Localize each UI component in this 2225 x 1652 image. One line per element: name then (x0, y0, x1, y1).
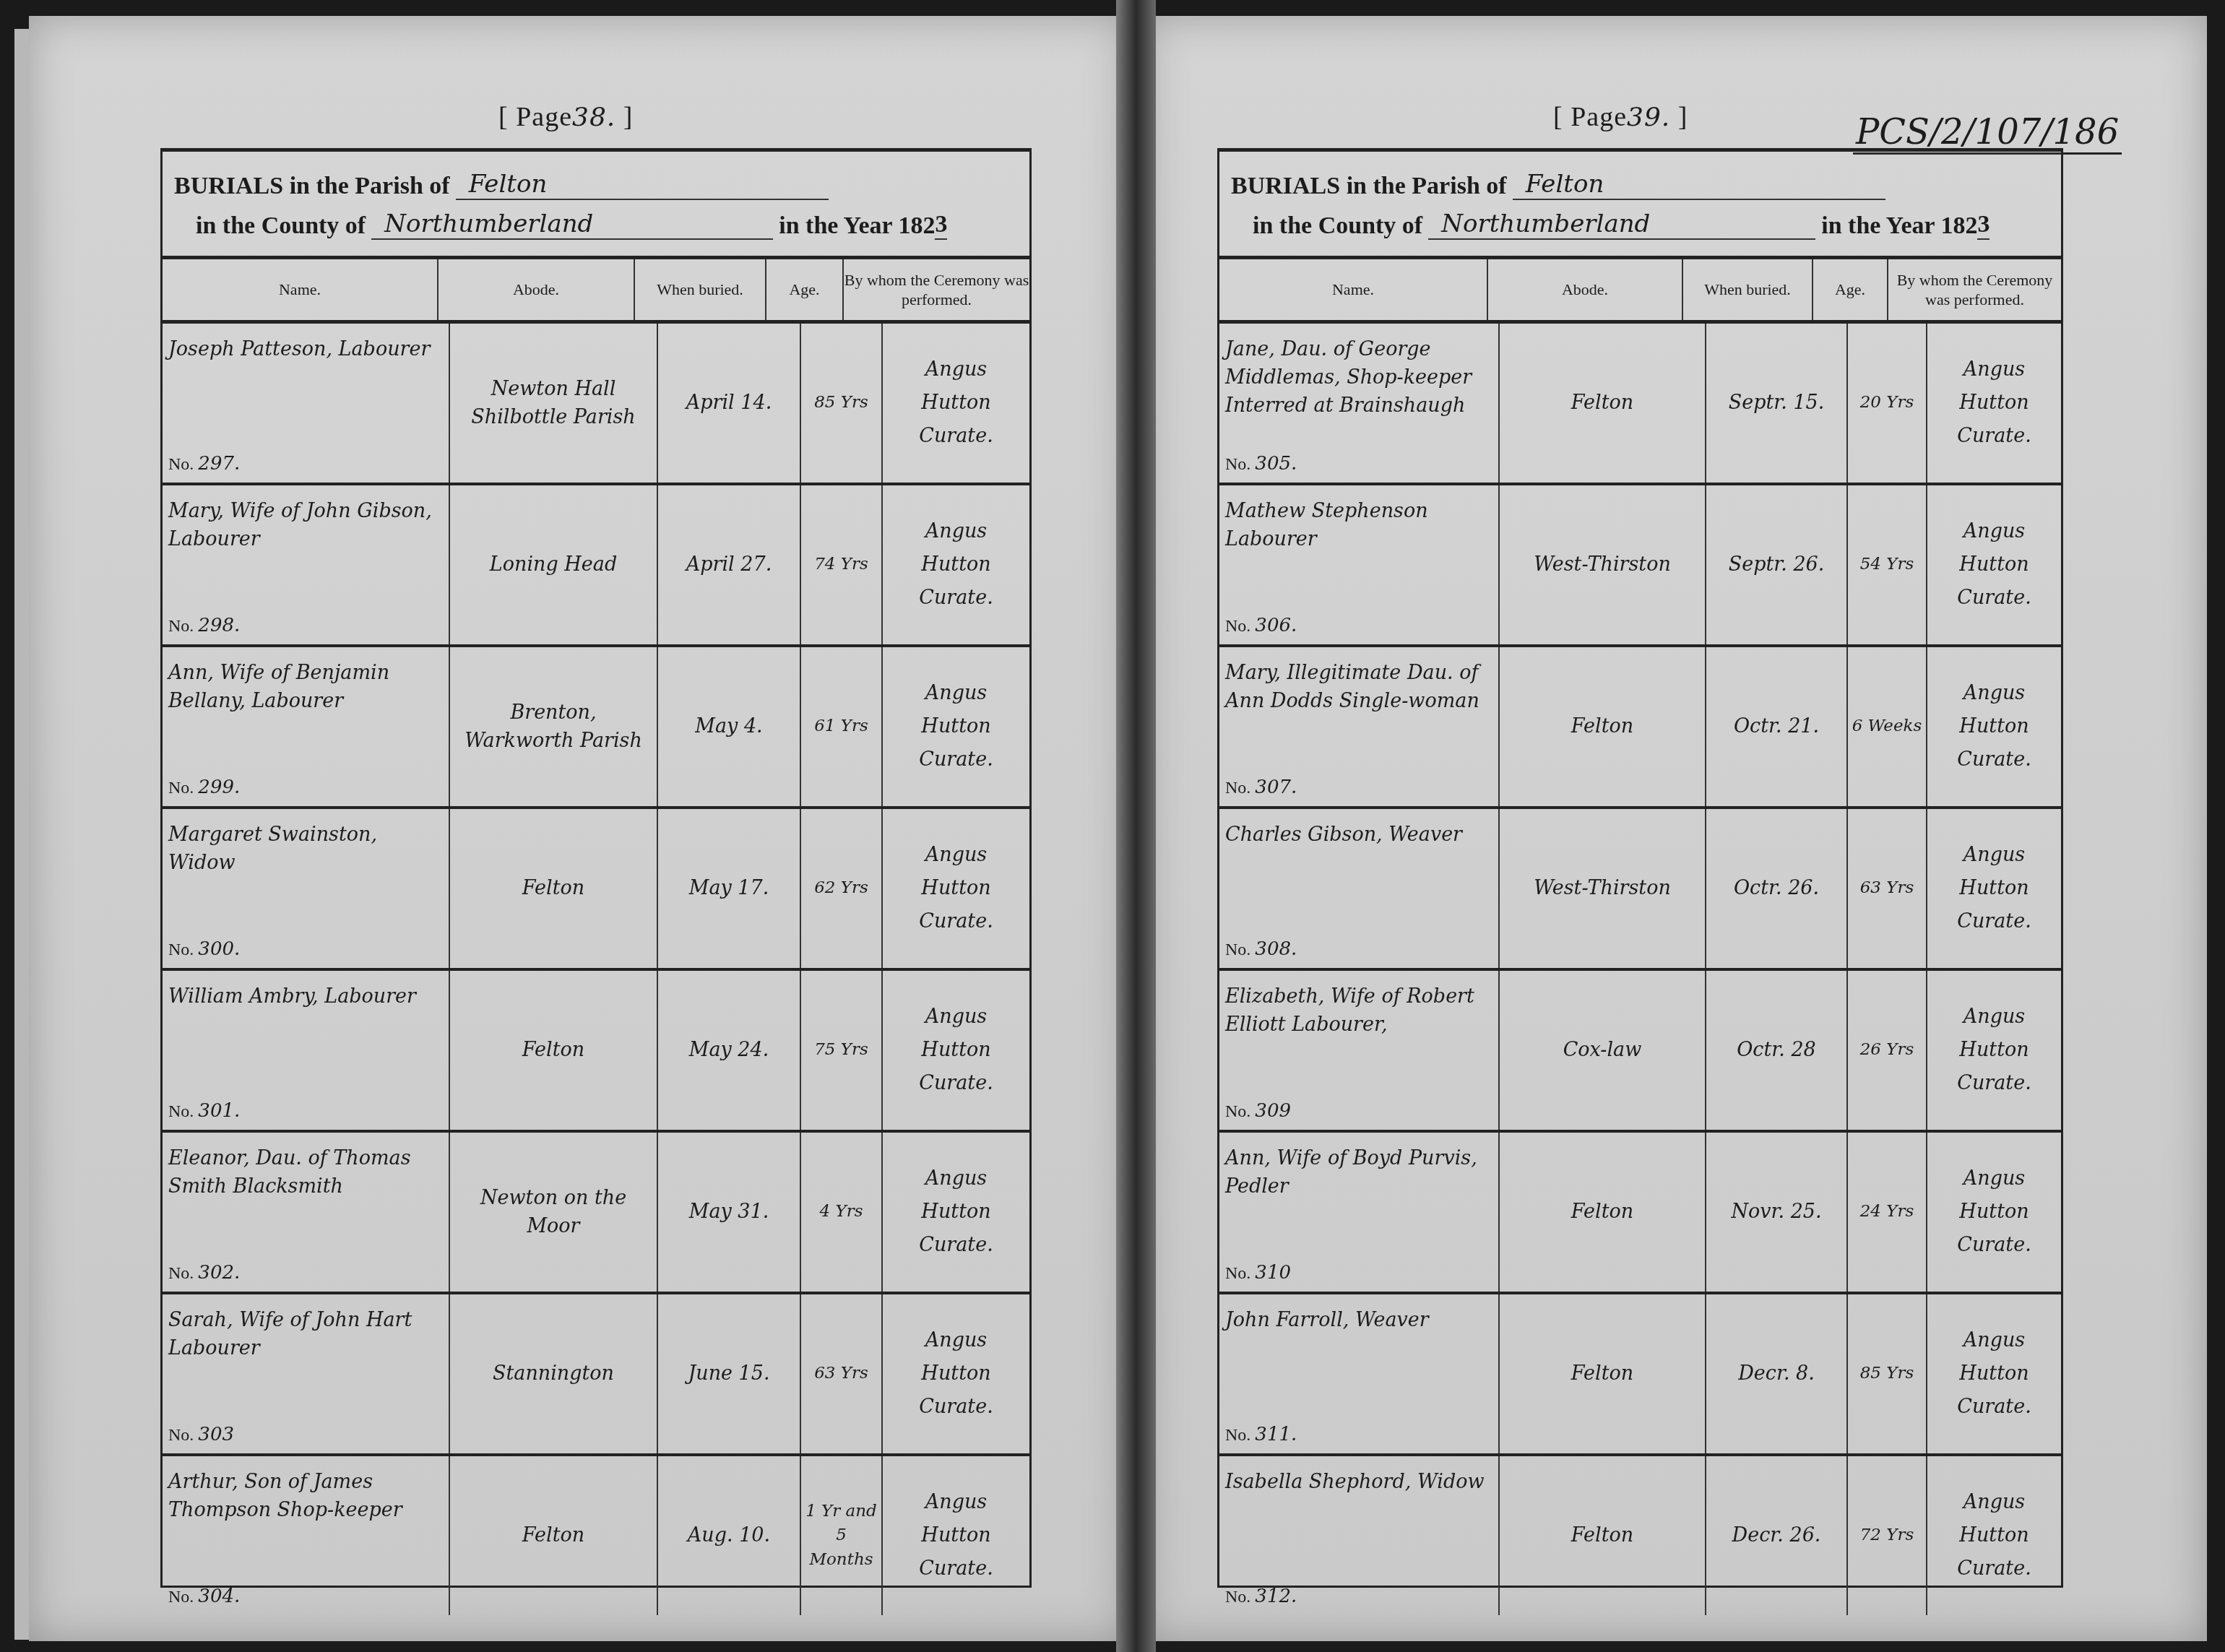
entry-officiant: Angus Hutton Curate. (1927, 647, 2061, 806)
entry-age: 4 Yrs (801, 1133, 883, 1292)
entry-name-cell: Ann, Wife of Benjamin Bellany, Labourer … (163, 647, 450, 806)
burial-entry-row: Jane, Dau. of George Middlemas, Shop-kee… (1219, 324, 2061, 485)
entry-number: No. 311. (1225, 1422, 1297, 1449)
entry-name-cell: Charles Gibson, Weaver No. 308. (1219, 809, 1500, 968)
entry-name-cell: Arthur, Son of James Thompson Shop-keepe… (163, 1456, 450, 1615)
entry-name: Margaret Swainston, Widow (168, 821, 443, 877)
left-page-number: [ Page38. ] (498, 101, 633, 133)
entry-when-buried: Decr. 26. (1706, 1456, 1848, 1615)
header-abode: Abode. (1488, 259, 1683, 320)
entry-abode: Cox-law (1500, 971, 1706, 1130)
entry-abode: Brenton, Warkworth Parish (450, 647, 658, 806)
entry-officiant: Angus Hutton Curate. (883, 1294, 1029, 1453)
entry-name-cell: Ann, Wife of Boyd Purvis, Pedler No. 310 (1219, 1133, 1500, 1292)
entry-age: 62 Yrs (801, 809, 883, 968)
entry-abode: Felton (1500, 324, 1706, 483)
entry-name: Isabella Shephord, Widow (1225, 1468, 1492, 1496)
entry-name: John Farroll, Weaver (1225, 1306, 1492, 1334)
right-page-number: [ Page39. ] (1553, 101, 1688, 133)
entry-age: 26 Yrs (1848, 971, 1927, 1130)
entry-name: Sarah, Wife of John Hart Labourer (168, 1306, 443, 1362)
right-burial-register: BURIALS in the Parish of Felton in the C… (1217, 148, 2063, 1588)
burial-entry-row: Isabella Shephord, Widow No. 312. Felton… (1219, 1456, 2061, 1615)
header-officiant: By whom the Ceremony was performed. (1888, 259, 2061, 320)
burials-label: BURIALS (1231, 173, 1340, 200)
entry-number: No. 306. (1225, 613, 1297, 640)
entry-abode: Felton (450, 1456, 658, 1615)
entry-abode: Loning Head (450, 485, 658, 644)
entry-abode: Felton (1500, 1456, 1706, 1615)
entry-officiant: Angus Hutton Curate. (1927, 1456, 2061, 1615)
entry-name: Eleanor, Dau. of Thomas Smith Blacksmith (168, 1144, 443, 1201)
entry-name: Ann, Wife of Benjamin Bellany, Labourer (168, 659, 443, 715)
entry-number: No. 304. (168, 1583, 240, 1611)
book-gutter (1116, 0, 1156, 1652)
page-label: Page (1571, 102, 1627, 132)
entry-name-cell: Jane, Dau. of George Middlemas, Shop-kee… (1219, 324, 1500, 483)
entry-when-buried: May 4. (658, 647, 801, 806)
burial-entry-row: Margaret Swainston, Widow No. 300. Felto… (163, 809, 1029, 971)
entry-name: Joseph Patteson, Labourer (168, 335, 443, 363)
entry-name-cell: Elizabeth, Wife of Robert Elliott Labour… (1219, 971, 1500, 1130)
entry-when-buried: May 24. (658, 971, 801, 1130)
entry-age: 63 Yrs (1848, 809, 1927, 968)
entry-name: Mathew Stephenson Labourer (1225, 497, 1492, 553)
entry-abode: Felton (450, 971, 658, 1130)
entry-when-buried: Octr. 28 (1706, 971, 1848, 1130)
burial-entry-row: Eleanor, Dau. of Thomas Smith Blacksmith… (163, 1133, 1029, 1294)
entry-abode: West-Thirston (1500, 485, 1706, 644)
entry-abode: Newton Hall Shilbottle Parish (450, 324, 658, 483)
year-label: in the Year 182 (779, 212, 935, 240)
entry-number: No. 301. (168, 1098, 240, 1125)
entry-officiant: Angus Hutton Curate. (883, 1133, 1029, 1292)
entry-name: Mary, Illegitimate Dau. of Ann Dodds Sin… (1225, 659, 1492, 715)
header-age: Age. (766, 259, 844, 320)
entry-age: 20 Yrs (1848, 324, 1927, 483)
entry-name-cell: Eleanor, Dau. of Thomas Smith Blacksmith… (163, 1133, 450, 1292)
left-burial-register: BURIALS in the Parish of Felton in the C… (160, 148, 1032, 1588)
entry-age: 85 Yrs (801, 324, 883, 483)
year-label: in the Year 182 (1821, 212, 1977, 240)
burial-entry-row: Sarah, Wife of John Hart Labourer No. 30… (163, 1294, 1029, 1456)
column-headers: Name. Abode. When buried. Age. By whom t… (163, 259, 1029, 324)
entry-age: 72 Yrs (1848, 1456, 1927, 1615)
entry-when-buried: April 14. (658, 324, 801, 483)
entry-when-buried: May 17. (658, 809, 801, 968)
entry-name-cell: Isabella Shephord, Widow No. 312. (1219, 1456, 1500, 1615)
entry-age: 1 Yr and 5 Months (801, 1456, 883, 1615)
entry-abode: Stannington (450, 1294, 658, 1453)
entry-officiant: Angus Hutton Curate. (883, 1456, 1029, 1615)
entry-abode: Felton (450, 809, 658, 968)
entry-number: No. 297. (168, 451, 240, 478)
header-abode: Abode. (438, 259, 635, 320)
page-label: Page (516, 102, 572, 132)
entry-name: Charles Gibson, Weaver (1225, 821, 1492, 849)
entry-abode: Felton (1500, 1294, 1706, 1453)
entry-name-cell: Joseph Patteson, Labourer No. 297. (163, 324, 450, 483)
register-title: BURIALS in the Parish of Felton in the C… (163, 152, 1029, 259)
entry-age: 6 Weeks (1848, 647, 1927, 806)
page-number-value: 39. (1627, 103, 1670, 132)
burial-entry-row: John Farroll, Weaver No. 311. Felton Dec… (1219, 1294, 2061, 1456)
entry-number: No. 309 (1225, 1098, 1291, 1125)
entry-age: 24 Yrs (1848, 1133, 1927, 1292)
year-digit: 3 (935, 211, 947, 240)
parish-label: in the Parish of (1347, 173, 1507, 200)
burial-entry-row: Ann, Wife of Boyd Purvis, Pedler No. 310… (1219, 1133, 2061, 1294)
entry-officiant: Angus Hutton Curate. (1927, 971, 2061, 1130)
entry-age: 61 Yrs (801, 647, 883, 806)
column-headers: Name. Abode. When buried. Age. By whom t… (1219, 259, 2061, 324)
header-officiant: By whom the Ceremony was performed. (844, 259, 1029, 320)
parish-value: Felton (456, 170, 829, 200)
entry-officiant: Angus Hutton Curate. (883, 485, 1029, 644)
entry-when-buried: June 15. (658, 1294, 801, 1453)
entry-number: No. 303 (168, 1422, 234, 1449)
entry-number: No. 305. (1225, 451, 1297, 478)
entry-officiant: Angus Hutton Curate. (1927, 485, 2061, 644)
entry-name: William Ambry, Labourer (168, 982, 443, 1011)
register-title: BURIALS in the Parish of Felton in the C… (1219, 152, 2061, 259)
entry-number: No. 308. (1225, 936, 1297, 964)
burial-entry-row: Arthur, Son of James Thompson Shop-keepe… (163, 1456, 1029, 1615)
burials-label: BURIALS (174, 173, 283, 200)
burial-entry-row: Joseph Patteson, Labourer No. 297. Newto… (163, 324, 1029, 485)
burial-entry-row: Mary, Wife of John Gibson, Labourer No. … (163, 485, 1029, 647)
entry-when-buried: Septr. 26. (1706, 485, 1848, 644)
entry-officiant: Angus Hutton Curate. (883, 647, 1029, 806)
entry-officiant: Angus Hutton Curate. (883, 971, 1029, 1130)
entry-name-cell: Margaret Swainston, Widow No. 300. (163, 809, 450, 968)
entry-when-buried: Octr. 21. (1706, 647, 1848, 806)
parish-value: Felton (1513, 170, 1885, 200)
entry-officiant: Angus Hutton Curate. (1927, 809, 2061, 968)
entry-when-buried: Decr. 8. (1706, 1294, 1848, 1453)
entry-abode: West-Thirston (1500, 809, 1706, 968)
entry-name-cell: John Farroll, Weaver No. 311. (1219, 1294, 1500, 1453)
entry-number: No. 312. (1225, 1583, 1297, 1611)
entry-name-cell: William Ambry, Labourer No. 301. (163, 971, 450, 1130)
entry-name: Arthur, Son of James Thompson Shop-keepe… (168, 1468, 443, 1524)
entry-officiant: Angus Hutton Curate. (1927, 1133, 2061, 1292)
entry-abode: Felton (1500, 1133, 1706, 1292)
entry-name: Ann, Wife of Boyd Purvis, Pedler (1225, 1144, 1492, 1201)
burial-entry-row: Elizabeth, Wife of Robert Elliott Labour… (1219, 971, 2061, 1133)
entry-when-buried: May 31. (658, 1133, 801, 1292)
entry-officiant: Angus Hutton Curate. (1927, 324, 2061, 483)
header-name: Name. (163, 259, 438, 320)
entry-officiant: Angus Hutton Curate. (883, 809, 1029, 968)
page-number-value: 38. (572, 103, 615, 132)
entry-age: 74 Yrs (801, 485, 883, 644)
entry-when-buried: Novr. 25. (1706, 1133, 1848, 1292)
header-when-buried: When buried. (1683, 259, 1813, 320)
entry-name: Elizabeth, Wife of Robert Elliott Labour… (1225, 982, 1492, 1039)
entry-when-buried: Aug. 10. (658, 1456, 801, 1615)
entry-abode: Newton on the Moor (450, 1133, 658, 1292)
parish-label: in the Parish of (290, 173, 450, 200)
entry-number: No. 299. (168, 774, 240, 802)
burial-entry-row: William Ambry, Labourer No. 301. Felton … (163, 971, 1029, 1133)
entry-name-cell: Sarah, Wife of John Hart Labourer No. 30… (163, 1294, 450, 1453)
entry-age: 63 Yrs (801, 1294, 883, 1453)
entry-when-buried: Septr. 15. (1706, 324, 1848, 483)
year-digit: 3 (1977, 211, 1989, 240)
entry-when-buried: Octr. 26. (1706, 809, 1848, 968)
entry-when-buried: April 27. (658, 485, 801, 644)
entry-officiant: Angus Hutton Curate. (883, 324, 1029, 483)
entry-officiant: Angus Hutton Curate. (1927, 1294, 2061, 1453)
county-label: in the County of (1253, 212, 1422, 240)
entry-name-cell: Mary, Wife of John Gibson, Labourer No. … (163, 485, 450, 644)
entry-name: Jane, Dau. of George Middlemas, Shop-kee… (1225, 335, 1492, 420)
entry-number: No. 307. (1225, 774, 1297, 802)
entry-name: Mary, Wife of John Gibson, Labourer (168, 497, 443, 553)
county-value: Northumberland (1428, 209, 1815, 240)
entry-age: 75 Yrs (801, 971, 883, 1130)
entry-number: No. 300. (168, 936, 240, 964)
burial-entry-row: Ann, Wife of Benjamin Bellany, Labourer … (163, 647, 1029, 809)
entry-age: 85 Yrs (1848, 1294, 1927, 1453)
county-value: Northumberland (371, 209, 773, 240)
burial-entry-row: Charles Gibson, Weaver No. 308. West-Thi… (1219, 809, 2061, 971)
entry-age: 54 Yrs (1848, 485, 1927, 644)
entry-abode: Felton (1500, 647, 1706, 806)
burial-entry-row: Mary, Illegitimate Dau. of Ann Dodds Sin… (1219, 647, 2061, 809)
entry-name-cell: Mary, Illegitimate Dau. of Ann Dodds Sin… (1219, 647, 1500, 806)
header-when-buried: When buried. (635, 259, 766, 320)
entry-number: No. 310 (1225, 1260, 1291, 1287)
entry-number: No. 302. (168, 1260, 240, 1287)
burial-entry-row: Mathew Stephenson Labourer No. 306. West… (1219, 485, 2061, 647)
entry-number: No. 298. (168, 613, 240, 640)
entry-name-cell: Mathew Stephenson Labourer No. 306. (1219, 485, 1500, 644)
header-age: Age. (1813, 259, 1888, 320)
header-name: Name. (1219, 259, 1488, 320)
county-label: in the County of (196, 212, 366, 240)
